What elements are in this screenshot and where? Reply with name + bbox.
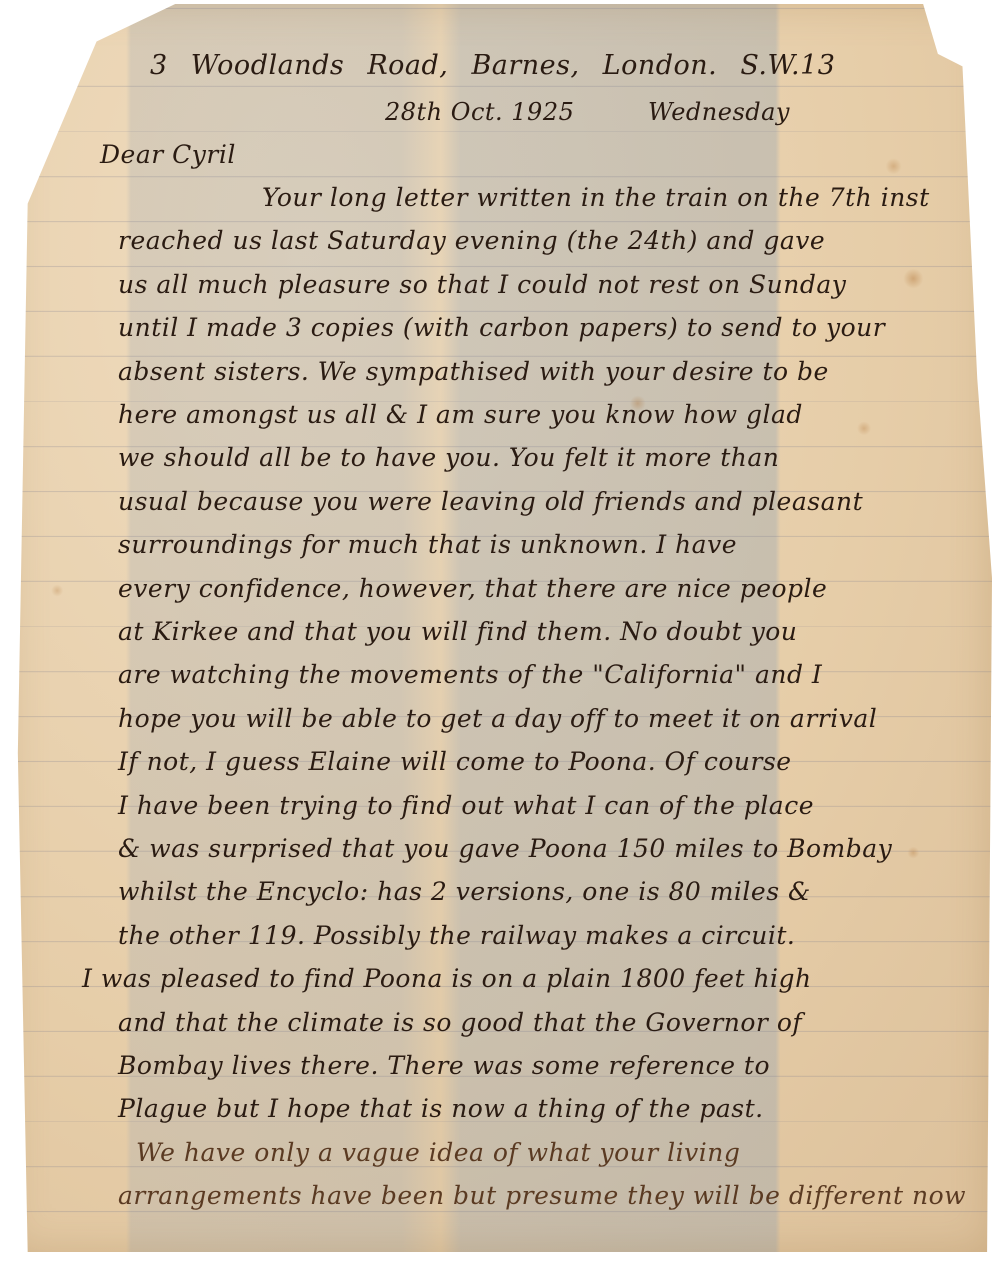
- letter-salutation: Dear Cyril: [100, 140, 236, 169]
- letter-line: hope you will be able to get a day off t…: [118, 704, 877, 733]
- letter-line: Plague but I hope that is now a thing of…: [118, 1094, 764, 1123]
- letter-line: I was pleased to find Poona is on a plai…: [82, 964, 812, 993]
- letter-line: absent sisters. We sympathised with your…: [118, 357, 829, 386]
- letter-line: and that the climate is so good that the…: [118, 1008, 802, 1037]
- letter-line: are watching the movements of the "Calif…: [118, 660, 822, 689]
- letter-line: We have only a vague idea of what your l…: [136, 1138, 740, 1167]
- letter-line: arrangements have been but presume they …: [118, 1181, 966, 1210]
- letter-weekday: Wednesday: [648, 98, 790, 126]
- letter-line: whilst the Encyclo: has 2 versions, one …: [118, 877, 811, 906]
- letter-line: Your long letter written in the train on…: [262, 183, 930, 212]
- letter-line: Bombay lives there. There was some refer…: [118, 1051, 770, 1080]
- letter-date: 28th Oct. 1925: [385, 98, 574, 126]
- letter-line: at Kirkee and that you will find them. N…: [118, 617, 797, 646]
- letter-line: we should all be to have you. You felt i…: [118, 443, 779, 472]
- letter-line: usual because you were leaving old frien…: [118, 487, 863, 516]
- letter-address: 3 Woodlands Road, Barnes, London. S.W.13: [150, 50, 835, 81]
- letter-line: us all much pleasure so that I could not…: [118, 270, 846, 299]
- letter-line: I have been trying to find out what I ca…: [118, 791, 814, 820]
- letter-line: every confidence, however, that there ar…: [118, 574, 827, 603]
- letter-line: If not, I guess Elaine will come to Poon…: [118, 747, 792, 776]
- letter-content: 3 Woodlands Road, Barnes, London. S.W.13…: [0, 0, 1000, 1265]
- letter-line: here amongst us all & I am sure you know…: [118, 400, 803, 429]
- letter-line: surroundings for much that is unknown. I…: [118, 530, 737, 559]
- letter-line: & was surprised that you gave Poona 150 …: [118, 834, 892, 863]
- letter-line: the other 119. Possibly the railway make…: [118, 921, 795, 950]
- letter-line: reached us last Saturday evening (the 24…: [118, 226, 825, 255]
- letter-line: until I made 3 copies (with carbon paper…: [118, 313, 885, 342]
